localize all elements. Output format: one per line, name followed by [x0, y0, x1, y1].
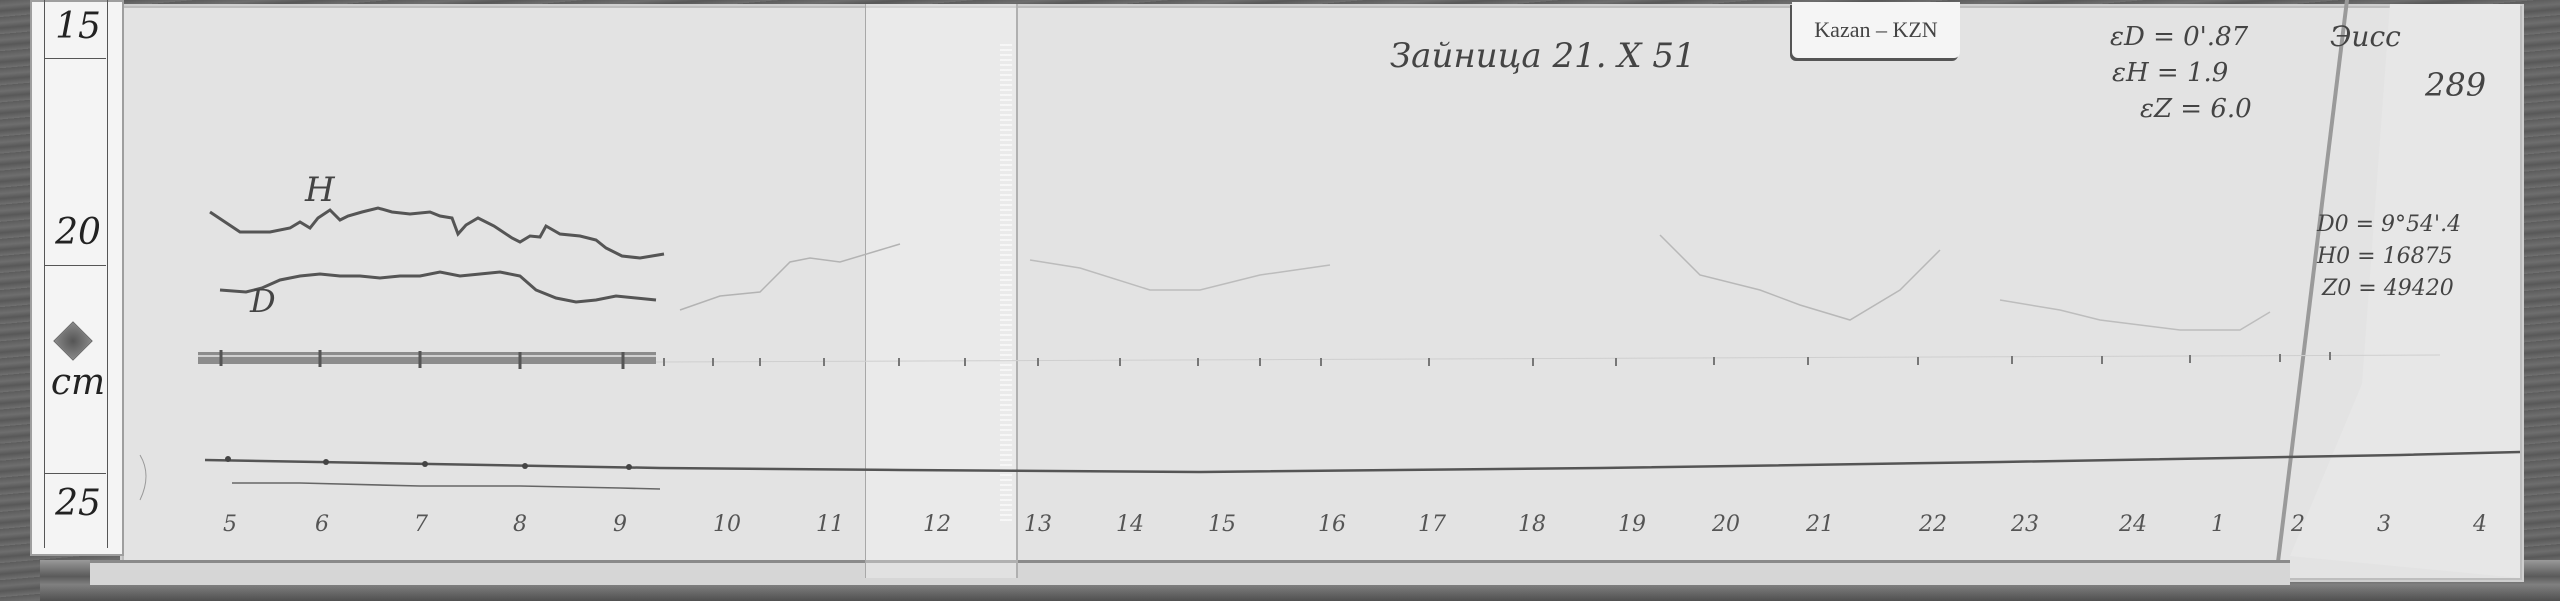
scale-value-d: εD = 0'.87	[2110, 22, 2248, 52]
ruler-line-25	[44, 473, 106, 474]
ruler-mark-15: 15	[50, 6, 106, 47]
ruler-line-20	[44, 265, 106, 266]
scale-value-h: εH = 1.9	[2112, 58, 2228, 88]
hour-label: 3	[2377, 512, 2391, 537]
hour-label: 22	[1919, 512, 1947, 537]
hour-label: 18	[1518, 512, 1546, 537]
d-component-trace	[220, 272, 656, 302]
hour-label: 8	[513, 512, 527, 537]
hour-label: 10	[713, 512, 741, 537]
hour-label: 19	[1618, 512, 1646, 537]
hour-label: 15	[1208, 512, 1236, 537]
hour-label: 24	[2119, 512, 2147, 537]
hour-label: 2	[2291, 512, 2305, 537]
time-mark-line	[205, 452, 2520, 472]
magnetogram-traces	[0, 0, 2560, 601]
hour-label: 14	[1116, 512, 1144, 537]
hour-label: 9	[613, 512, 627, 537]
baseline-d0: D0 = 9°54'.4	[2317, 212, 2461, 237]
hour-label: 12	[923, 512, 951, 537]
baseline-z0: Z0 = 49420	[2322, 276, 2454, 301]
sheet-number: 289	[2425, 66, 2486, 104]
h-component-trace	[210, 208, 664, 258]
hour-label: 1	[2211, 512, 2225, 537]
hour-label: 4	[2473, 512, 2487, 537]
trace-label-d: D	[250, 282, 276, 320]
scale-value-z: εZ = 6.0	[2140, 94, 2252, 124]
corner-mark: Эисс	[2330, 20, 2401, 53]
ruler-mark-20: 20	[50, 212, 106, 253]
hour-label: 16	[1318, 512, 1346, 537]
hour-label: 20	[1712, 512, 1740, 537]
station-label: Kazan – KZN	[1792, 2, 1960, 58]
time-mark-line-lower	[232, 483, 660, 489]
hour-label: 23	[2011, 512, 2039, 537]
baseline-h0: H0 = 16875	[2317, 244, 2453, 269]
hour-label: 13	[1024, 512, 1052, 537]
hour-label: 7	[414, 512, 428, 537]
hour-label: 5	[223, 512, 237, 537]
hour-label: 11	[816, 512, 844, 537]
baseline-double-line	[198, 352, 656, 364]
ruler-unit-cm: cm	[50, 362, 106, 403]
hour-label: 17	[1418, 512, 1446, 537]
ruler-line-15	[44, 58, 106, 59]
hour-label: 21	[1806, 512, 1834, 537]
trace-label-h: H	[305, 170, 335, 210]
record-date-title: Зайница 21. X 51	[1390, 36, 1696, 76]
hour-label: 6	[315, 512, 329, 537]
ruler-mark-25: 25	[50, 483, 106, 524]
ruler-inner-frame	[44, 0, 108, 548]
